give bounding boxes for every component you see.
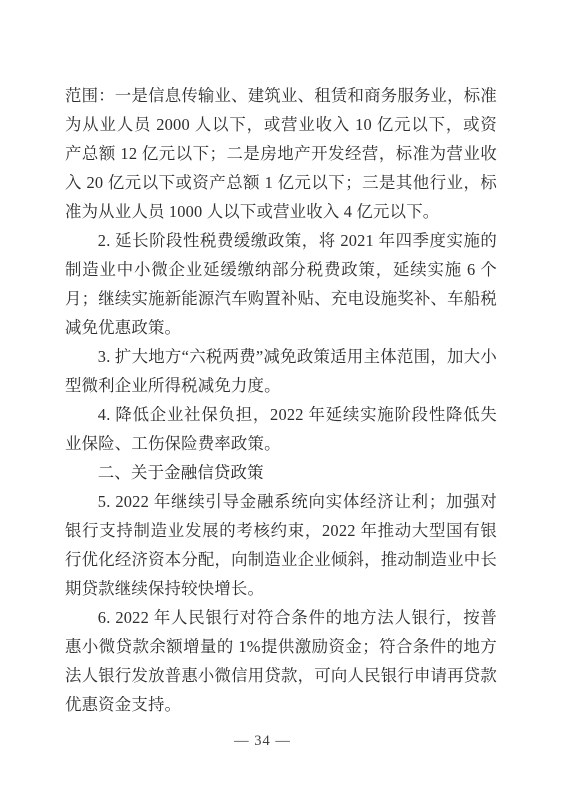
policy-item-5: 5. 2022 年继续引导金融系统向实体经济让利；加强对银行支持制造业发展的考核… xyxy=(65,487,497,603)
policy-item-3: 3. 扩大地方“六税两费”减免政策适用主体范围，加大小型微利企业所得税减免力度。 xyxy=(65,342,497,400)
document-page: 范围：一是信息传输业、建筑业、租赁和商务服务业，标准为从业人员 2000 人以下… xyxy=(0,0,561,793)
document-body: 范围：一是信息传输业、建筑业、租赁和商务服务业，标准为从业人员 2000 人以下… xyxy=(65,81,497,719)
section-heading-finance-credit: 二、关于金融信贷政策 xyxy=(65,458,497,487)
policy-item-6: 6. 2022 年人民银行对符合条件的地方法人银行，按普惠小微贷款余额增量的 1… xyxy=(65,603,497,719)
page-number: — 34 — xyxy=(0,731,525,751)
policy-item-2: 2. 延长阶段性税费缓缴政策，将 2021 年四季度实施的制造业中小微企业延缓缴… xyxy=(65,226,497,342)
policy-item-4: 4. 降低企业社保负担，2022 年延续实施阶段性降低失业保险、工伤保险费率政策… xyxy=(65,400,497,458)
paragraph-scope-continuation: 范围：一是信息传输业、建筑业、租赁和商务服务业，标准为从业人员 2000 人以下… xyxy=(65,81,497,226)
